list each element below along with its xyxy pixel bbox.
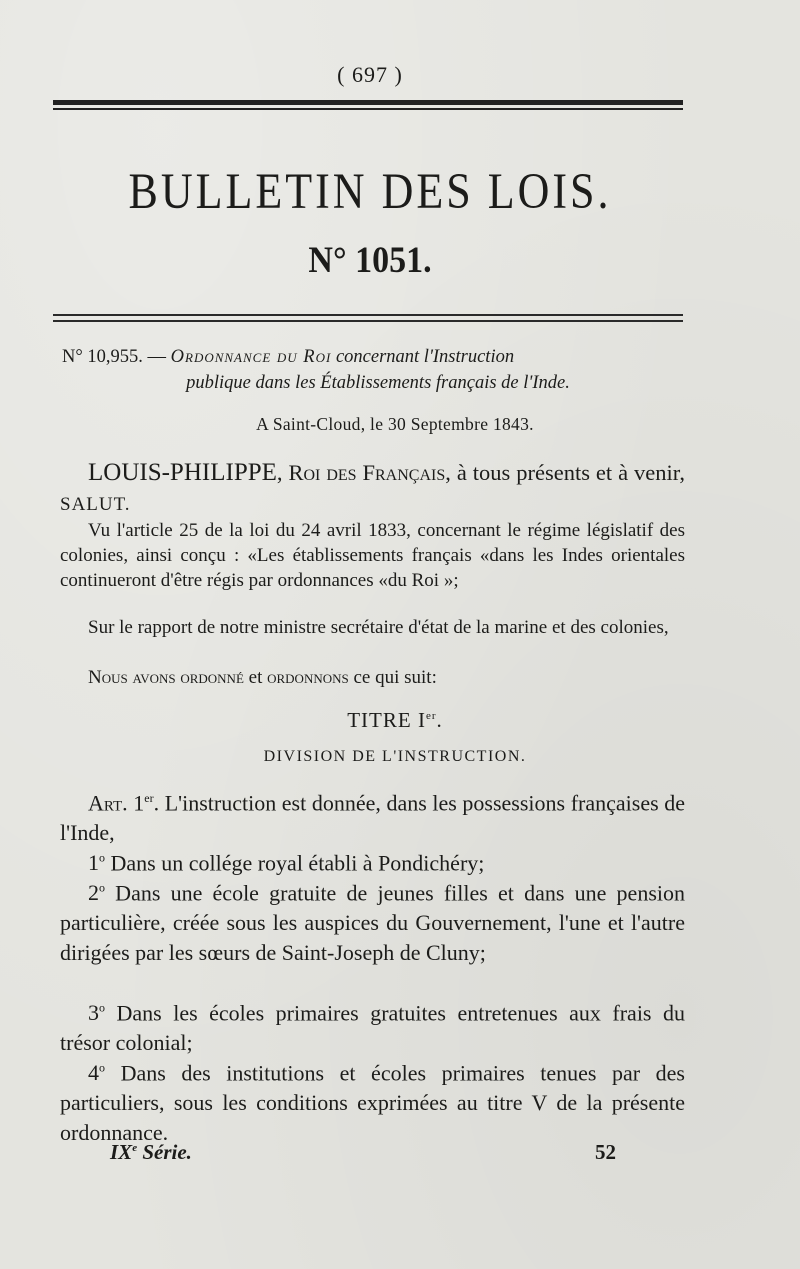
king-title: , Roi des Français, xyxy=(277,460,451,485)
item-number: 1o xyxy=(88,850,105,875)
list-item: 4o Dans des institutions et écoles prima… xyxy=(60,1053,685,1148)
ce-qui-suit: ce qui suit: xyxy=(349,667,437,688)
preamble-king: LOUIS-PHILIPPE, Roi des Français, à tous… xyxy=(60,458,685,520)
ordonnance-heading: N° 10,955. — Ordonnance du Roi concernan… xyxy=(62,344,684,396)
article-sup: er xyxy=(144,791,153,805)
document-page: ( 697 ) BULLETIN DES LOIS. N° 1051. N° 1… xyxy=(0,0,800,1269)
list-item: 2o Dans une école gratuite de jeunes fil… xyxy=(60,873,685,968)
bulletin-title: BULLETIN DES LOIS. xyxy=(0,162,740,221)
preamble-nous: Nous avons ordonné et ordonnons ce qui s… xyxy=(60,665,685,690)
ordonnance-number: N° 10,955. xyxy=(62,347,143,367)
preamble-vu: Vu l'article 25 de la loi du 24 avril 18… xyxy=(60,518,685,593)
et: et xyxy=(244,667,267,688)
item-text: Dans des institutions et écoles primaire… xyxy=(60,1060,685,1145)
greeting: à tous présents et à venir, xyxy=(451,460,685,485)
division-heading: DIVISION DE L'INSTRUCTION. xyxy=(0,748,790,766)
titre-sup: er xyxy=(426,710,437,722)
king-name: LOUIS-PHILIPPE xyxy=(88,459,277,486)
article-text: . L'instruction est donnée, dans les pos… xyxy=(60,790,685,845)
header-rule xyxy=(53,100,683,112)
item-number: 4o xyxy=(88,1060,105,1085)
page-number: ( 697 ) xyxy=(0,62,740,88)
article-1: Art. 1er. L'instruction est donnée, dans… xyxy=(60,783,685,848)
issue-number: N° 1051. xyxy=(0,240,740,282)
ordonnance-subject-2: publique dans les Établissements françai… xyxy=(62,370,684,396)
item-number: 3o xyxy=(88,1000,105,1025)
item-number: 2o xyxy=(88,880,105,905)
preamble-sur: Sur le rapport de notre ministre secréta… xyxy=(60,615,685,640)
nous-avons: Nous avons ordonné xyxy=(88,667,244,688)
titre-label: TITRE I xyxy=(347,708,426,732)
list-item: 3o Dans les écoles primaires gratuites e… xyxy=(60,993,685,1058)
salut: SALUT. xyxy=(60,494,131,515)
serie-rest: Série. xyxy=(137,1140,192,1164)
ordonnance-kind: Ordonnance du Roi xyxy=(171,347,332,367)
item-text: Dans un collége royal établi à Pondichér… xyxy=(105,850,484,875)
article-label: Art. 1 xyxy=(88,790,144,815)
item-text: Dans les écoles primaires gratuites entr… xyxy=(60,1000,685,1055)
titre-dot: . xyxy=(437,708,443,732)
titre-heading: TITRE Ier. xyxy=(0,708,790,733)
dateline: A Saint-Cloud, le 30 Septembre 1843. xyxy=(0,414,790,435)
ordonnance-subject-1: concernant l'Instruction xyxy=(331,347,514,367)
signature-number: 52 xyxy=(595,1140,616,1165)
ordonnons: ordonnons xyxy=(267,667,349,688)
series-label: IXe Série. xyxy=(110,1140,192,1165)
serie-roman: IX xyxy=(110,1140,132,1164)
item-text: Dans une école gratuite de jeunes filles… xyxy=(60,880,685,965)
section-rule xyxy=(53,314,683,323)
dash: — xyxy=(143,347,171,367)
